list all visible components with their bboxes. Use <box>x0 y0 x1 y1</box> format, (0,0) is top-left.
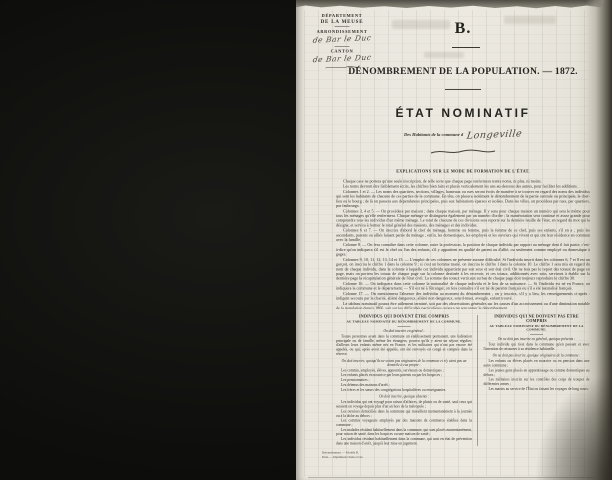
column-rule <box>530 334 543 335</box>
exclude-general-text: Tout individu qui n'est dans la commune … <box>484 343 590 352</box>
explanations-block: Chaque case ne portera qu'une seule insc… <box>336 179 590 309</box>
bottom-right-shadow <box>532 370 612 480</box>
form-letter-rule <box>452 47 480 48</box>
commune-handwritten-value: Longeville <box>466 128 523 141</box>
include-column: INDIVIDUS QUI DOIVENT ÊTRE COMPRIS AU TA… <box>336 314 472 446</box>
explanation-paragraph: Colonnes 6 et 7. — On inscrira d'abord l… <box>336 228 590 242</box>
include-second-label: On doit inscrire, quoiqu'ils ne soient p… <box>336 359 472 367</box>
column-rule <box>398 326 411 327</box>
paper-page: DÉPARTEMENT DE LA MEUSE ARRONDISSEMENT d… <box>296 0 612 480</box>
explanation-paragraph: Colonnes 3, 4 et 5. — On procédera par m… <box>336 209 590 228</box>
exclude-column-subheader: AU TABLEAU NOMINATIF DU DÉNOMBREMENT DE … <box>484 325 590 332</box>
pen-flourish-icon <box>429 148 497 156</box>
imprint-line: Paris. — Imprimerie Chaix et Cie. <box>322 456 442 461</box>
include-column-header: INDIVIDUS QUI DOIVENT ÊTRE COMPRIS <box>336 314 472 319</box>
commune-line: Des Habitants de la commune d Longeville <box>336 129 590 149</box>
include-column-subheader: AU TABLEAU NOMINATIF DU DÉNOMBREMENT DE … <box>336 320 472 324</box>
exclude-list-item: Les enfants ou élèves placés en nourrice… <box>484 359 590 368</box>
explanation-paragraph: Colonne 16. — On indiquera dans cette co… <box>336 281 590 290</box>
include-third-label: On doit inscrire, quoique absents : <box>336 395 472 399</box>
column-divider <box>478 315 479 446</box>
printer-imprint: Dénombrement. — Modèle B. Paris. — Impri… <box>322 451 442 465</box>
include-list-item: Les commis voyageurs employés par des ma… <box>336 419 472 428</box>
explanation-paragraph: Colonne 8. — On fera connaître dans cett… <box>336 243 590 257</box>
explanation-paragraph: Le tableau nominatif pourra être utileme… <box>336 301 590 309</box>
include-list-item: Les ouvriers domiciliés dans la commune … <box>336 409 472 418</box>
explanations-heading-wrap: EXPLICATIONS SUR LE MODE DE FORMATION DE… <box>336 169 590 177</box>
exclude-general-label: On ne doit pas inscrire en général, quoi… <box>484 337 590 341</box>
commune-label: Des Habitants de la commune d <box>404 132 463 137</box>
explanations-heading: EXPLICATIONS SUR LE MODE DE FORMATION DE… <box>336 169 590 174</box>
title-rule <box>445 89 481 90</box>
include-list-item: Les frères et les sœurs des congrégation… <box>336 388 472 392</box>
exclude-second-label: On ne doit pas inscrire, quoique origina… <box>484 354 590 358</box>
explanation-paragraph: Colonnes 1 et 2. — Les noms des quartier… <box>336 189 590 208</box>
include-general-text: Toutes personnes ayant dans la commune u… <box>336 335 472 357</box>
include-general-label: On doit inscrire en général : <box>336 329 472 333</box>
include-list-item: Les malades résidant habituellement dans… <box>336 428 472 437</box>
explanation-paragraph: Les noms devront être lisiblement écrits… <box>336 184 590 189</box>
include-list-item: Les individus résidant habituellement da… <box>336 437 472 446</box>
include-list-item: Les individus qui ont voyagé pour raison… <box>336 400 472 409</box>
exclude-column-header: INDIVIDUS QUI NE DOIVENT PAS ÊTRE COMPRI… <box>484 314 590 323</box>
form-letter: B. <box>336 20 590 38</box>
explanation-paragraph: Colonnes 9, 10, 11, 12, 13, 14 et 15. — … <box>336 257 590 281</box>
explanation-paragraph: Colonne 17. — On mentionnera l'absence d… <box>336 291 590 300</box>
subtitle: ÉTAT NOMINATIF <box>336 106 590 120</box>
explanation-paragraph: Chaque case ne portera qu'une seule insc… <box>336 179 590 184</box>
scanned-census-page: DÉPARTEMENT DE LA MEUSE ARRONDISSEMENT d… <box>0 0 612 480</box>
page-title: DÉNOMBREMENT DE LA POPULATION. — 1872. <box>336 66 590 77</box>
